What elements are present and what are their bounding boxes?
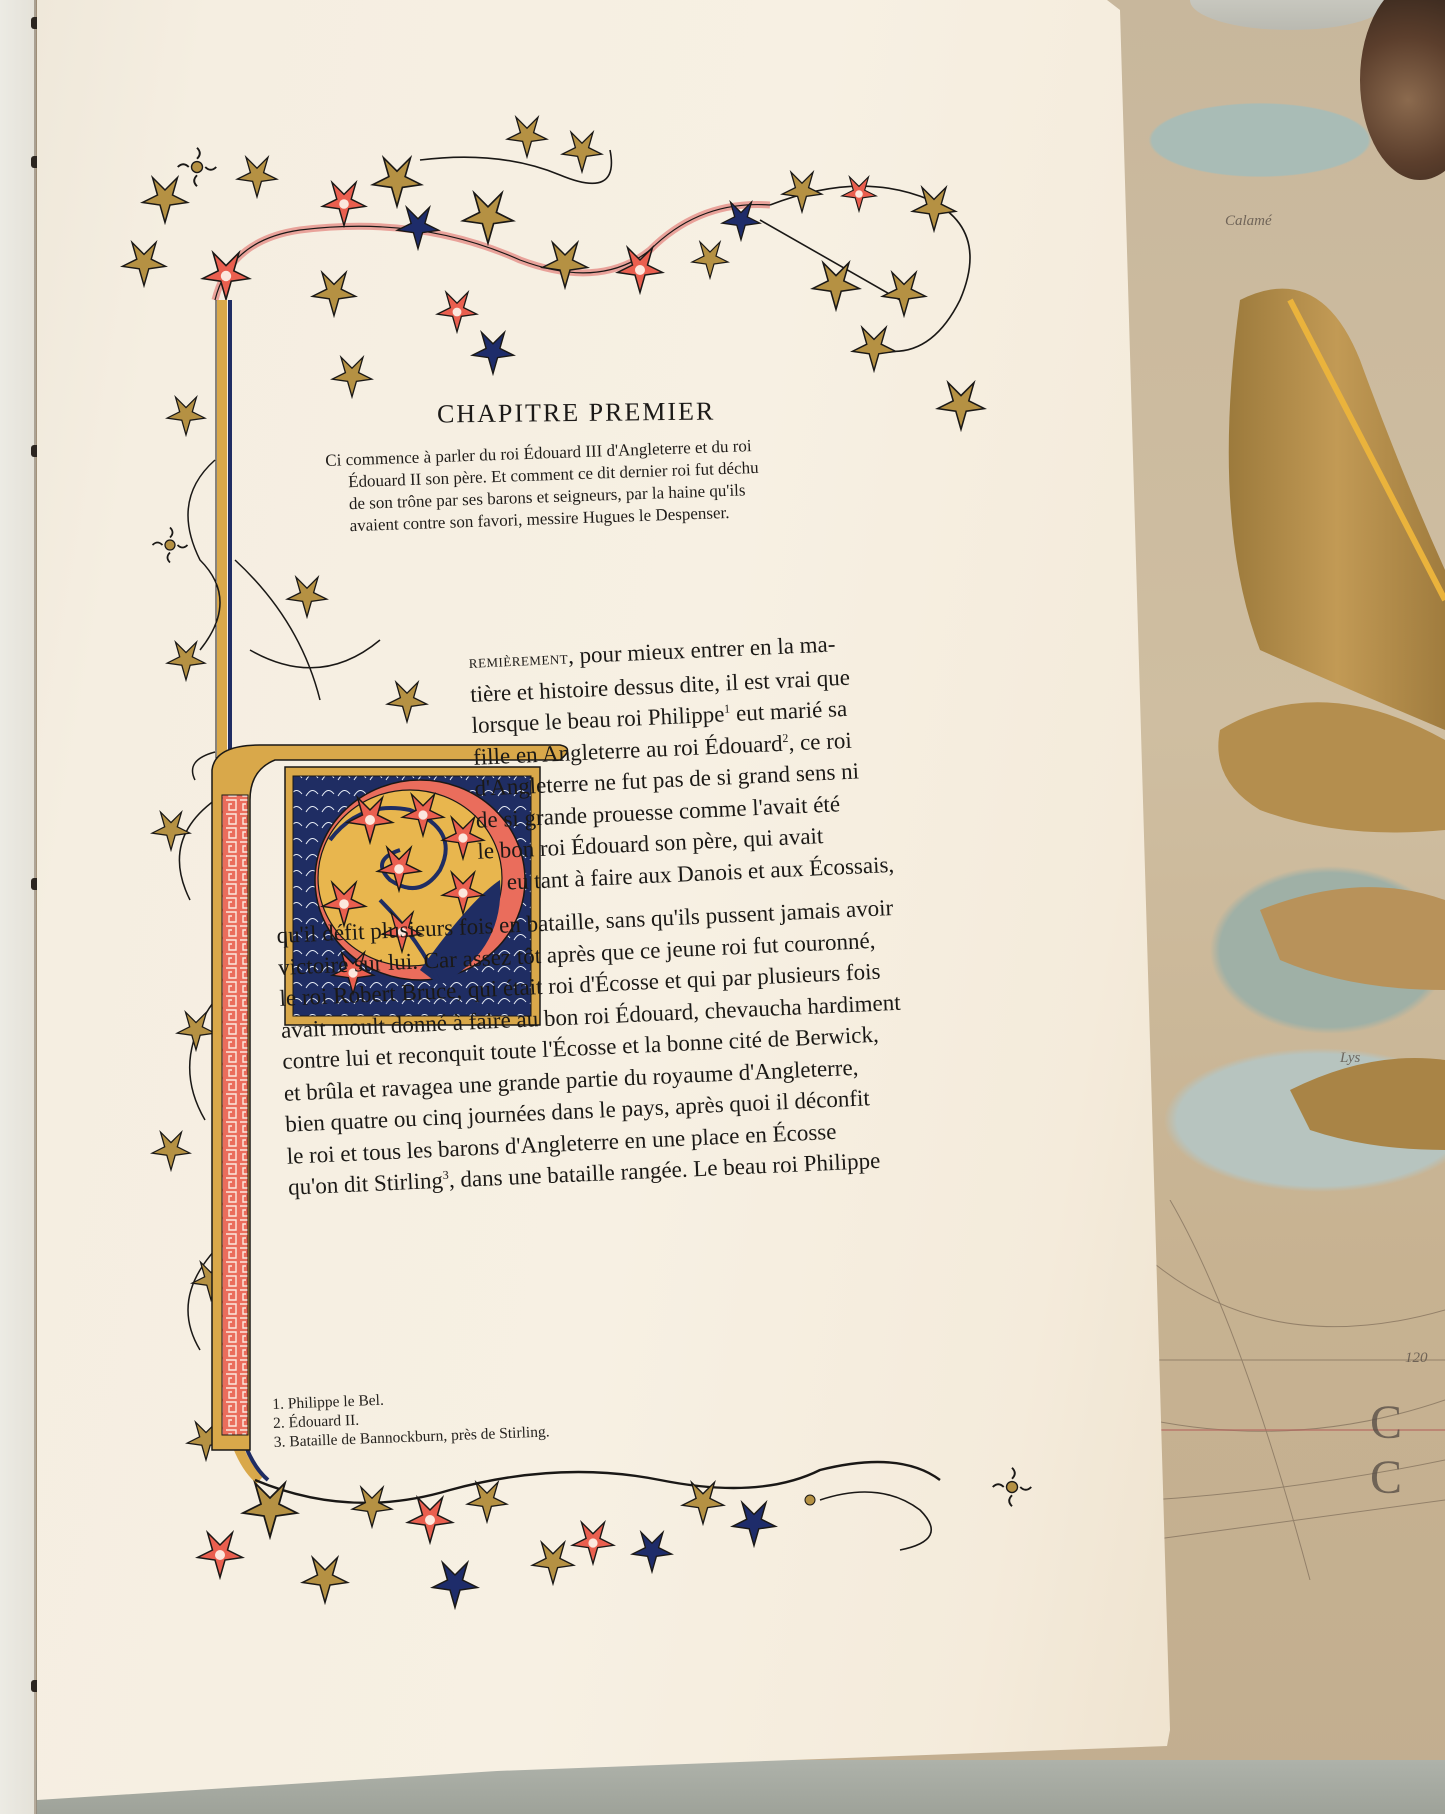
map-grid-lines — [1150, 1200, 1445, 1580]
map-label: Calamé — [1225, 213, 1272, 230]
chapter-title: CHAPITRE PREMIER — [437, 397, 716, 430]
body-paragraph-bottom: qu'il défit plusieurs fois en bataille, … — [276, 892, 908, 1203]
small-caps-lead: remièrement — [468, 647, 568, 672]
binding-thread — [34, 0, 37, 1814]
map-label: 120 — [1405, 1350, 1428, 1367]
book-page — [37, 0, 1170, 1800]
footnotes: 1. Philippe le Bel. 2. Édouard II. 3. Ba… — [272, 1384, 550, 1452]
quill-feathers — [1200, 270, 1445, 1170]
body-paragraph-top: remièrement, pour mieux entrer en la ma-… — [468, 626, 895, 899]
previous-page-edge — [0, 0, 36, 1814]
map-label: C C — [1370, 1395, 1445, 1505]
